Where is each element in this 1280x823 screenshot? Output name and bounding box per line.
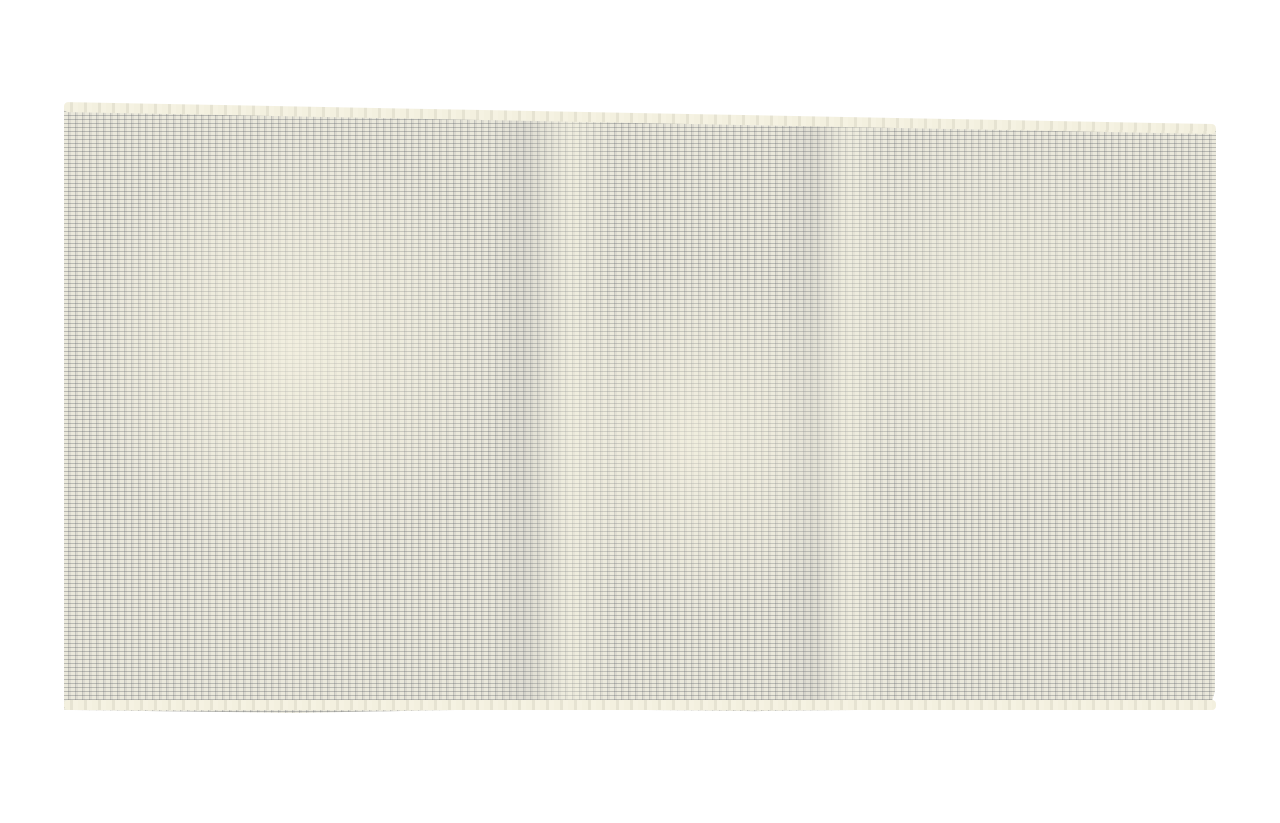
woven-textile (64, 104, 1216, 716)
textile-bottom-edge (64, 700, 1216, 710)
